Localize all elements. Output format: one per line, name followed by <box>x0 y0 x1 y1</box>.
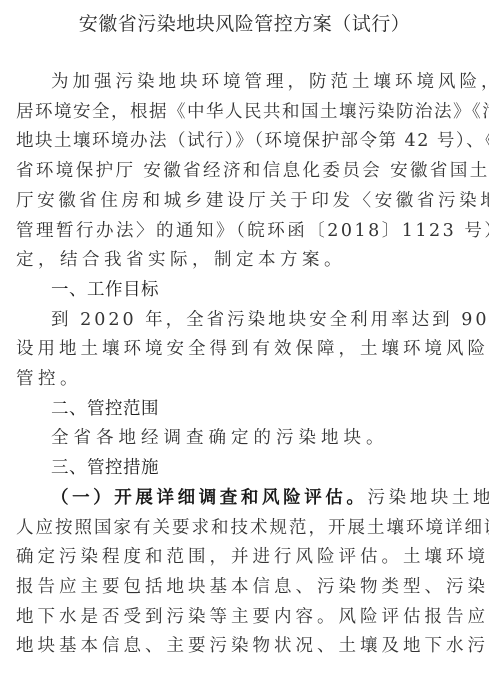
intro-line: 为加强污染地块环境管理，防范土壤环境风险，保障人 <box>16 68 464 98</box>
goals-line: 到 2020 年，全省污染地块安全利用率达到 90%以上，建 <box>16 306 464 336</box>
intro-line: 厅安徽省住房和城乡建设厅关于印发〈安徽省污染地块环境 <box>16 187 464 217</box>
measures-lead-line: （一）开展详细调查和风险评估。污染地块土地使用权 <box>16 484 464 514</box>
subsection-heading-investigation: （一）开展详细调查和风险评估。 <box>51 488 368 508</box>
measures-line: 确定污染程度和范围，并进行风险评估。土壤环境详细调查 <box>16 543 464 573</box>
measures-line: 人应按照国家有关要求和技术规范，开展土壤环境详细调查， <box>16 514 464 544</box>
goals-paragraph: 到 2020 年，全省污染地块安全利用率达到 90%以上，建 设用地土壤环境安全… <box>16 306 464 395</box>
section-heading-goals: 一、工作目标 <box>16 276 464 306</box>
goals-line: 管控。 <box>16 365 464 395</box>
section-heading-measures: 三、管控措施 <box>16 454 464 484</box>
measures-line: 地下水是否受到污染等主要内容。风险评估报告应主要包括 <box>16 603 464 633</box>
goals-line: 设用地土壤环境安全得到有效保障，土壤环境风险得到有效 <box>16 335 464 365</box>
section-heading-scope: 二、管控范围 <box>16 395 464 425</box>
measures-line: 报告应主要包括地块基本信息、污染物类型、污染来源以及 <box>16 573 464 603</box>
scope-paragraph: 全省各地经调查确定的污染地块。 <box>16 424 464 454</box>
intro-line: 居环境安全，根据《中华人民共和国土壤污染防治法》《污染 <box>16 98 464 128</box>
intro-line: 地块土壤环境办法（试行）》（环境保护部令第 42 号）、《安徽 <box>16 127 464 157</box>
measures-line: 地块基本信息、主要污染物状况、土壤及地下水污染范围、 <box>16 632 464 662</box>
measures-paragraph: （一）开展详细调查和风险评估。污染地块土地使用权 人应按照国家有关要求和技术规范… <box>16 484 464 662</box>
document-title: 安徽省污染地块风险管控方案（试行） <box>0 9 489 36</box>
document-body: 为加强污染地块环境管理，防范土壤环境风险，保障人 居环境安全，根据《中华人民共和… <box>16 68 464 662</box>
measures-lead-rest: 污染地块土地使用权 <box>368 488 489 508</box>
intro-line: 定，结合我省实际，制定本方案。 <box>16 246 464 276</box>
scope-line: 全省各地经调查确定的污染地块。 <box>16 424 464 454</box>
intro-paragraph: 为加强污染地块环境管理，防范土壤环境风险，保障人 居环境安全，根据《中华人民共和… <box>16 68 464 276</box>
intro-line: 管理暂行办法〉的通知》（皖环函〔2018〕1123 号）等有关规 <box>16 217 464 247</box>
intro-line: 省环境保护厅 安徽省经济和信息化委员会 安徽省国土资源 <box>16 157 464 187</box>
